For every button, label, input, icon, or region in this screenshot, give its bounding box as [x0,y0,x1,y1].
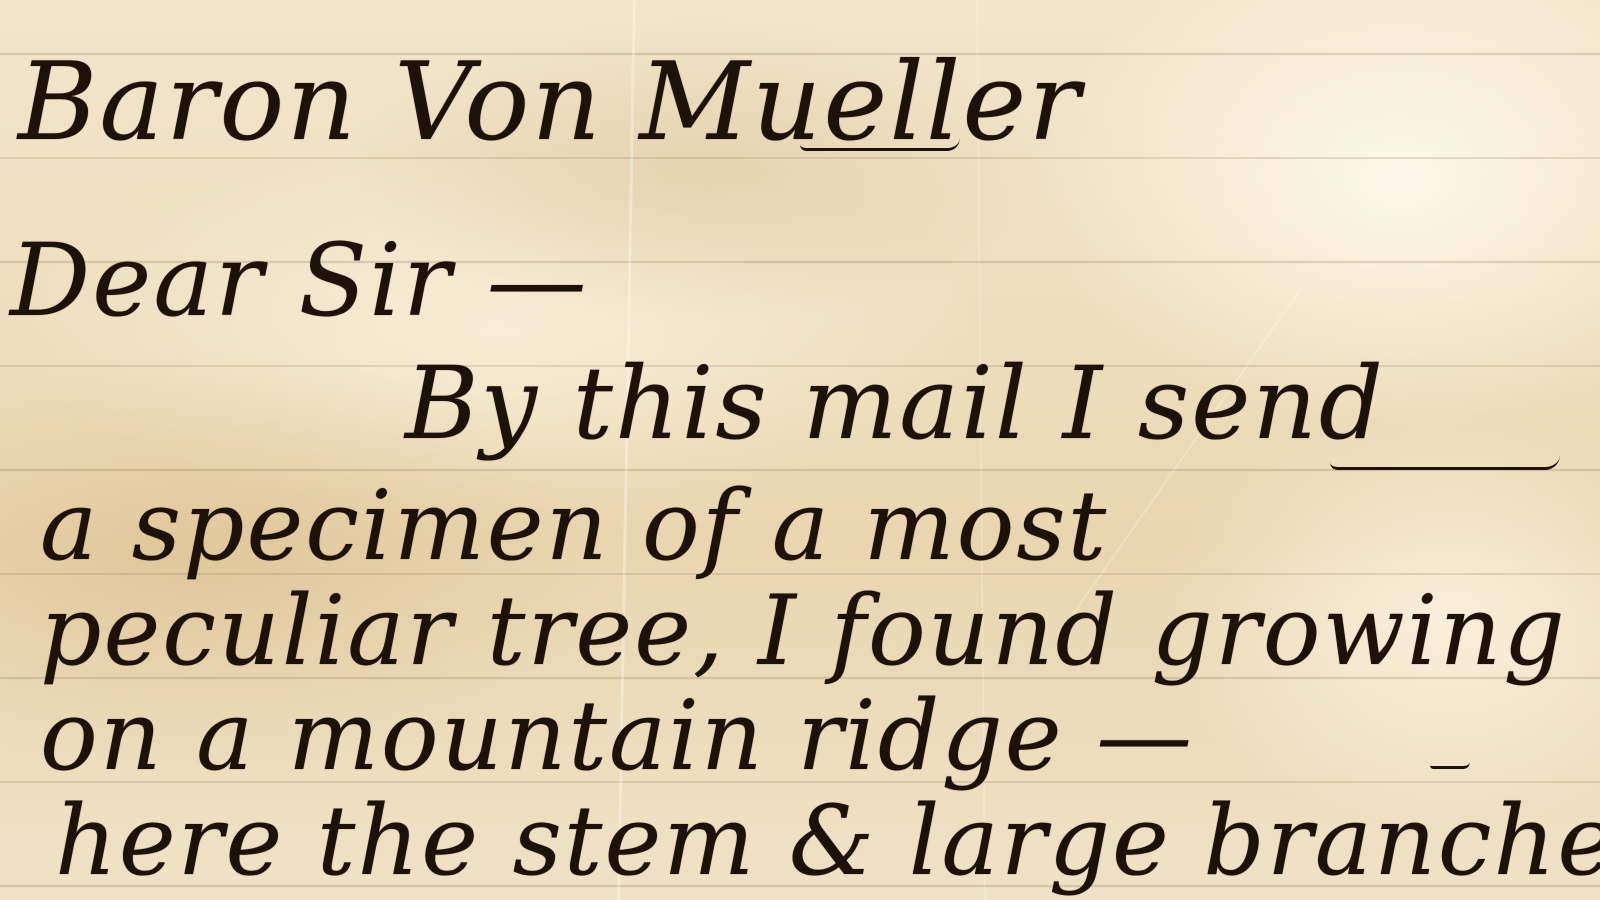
ink-flourish [800,138,960,151]
letter-line-2: a specimen of a most [40,470,1108,582]
ink-flourish [1430,762,1470,769]
letter-line-4: on a mountain ridge — [40,680,1194,792]
letter-line-3: peculiar tree, I found growing [40,575,1567,687]
greeting: Dear Sir — [10,222,589,339]
letter-line-5: here the stem & large branches [55,785,1600,897]
letter-line-1: By this mail I send [405,345,1385,462]
ink-flourish [1330,455,1560,470]
